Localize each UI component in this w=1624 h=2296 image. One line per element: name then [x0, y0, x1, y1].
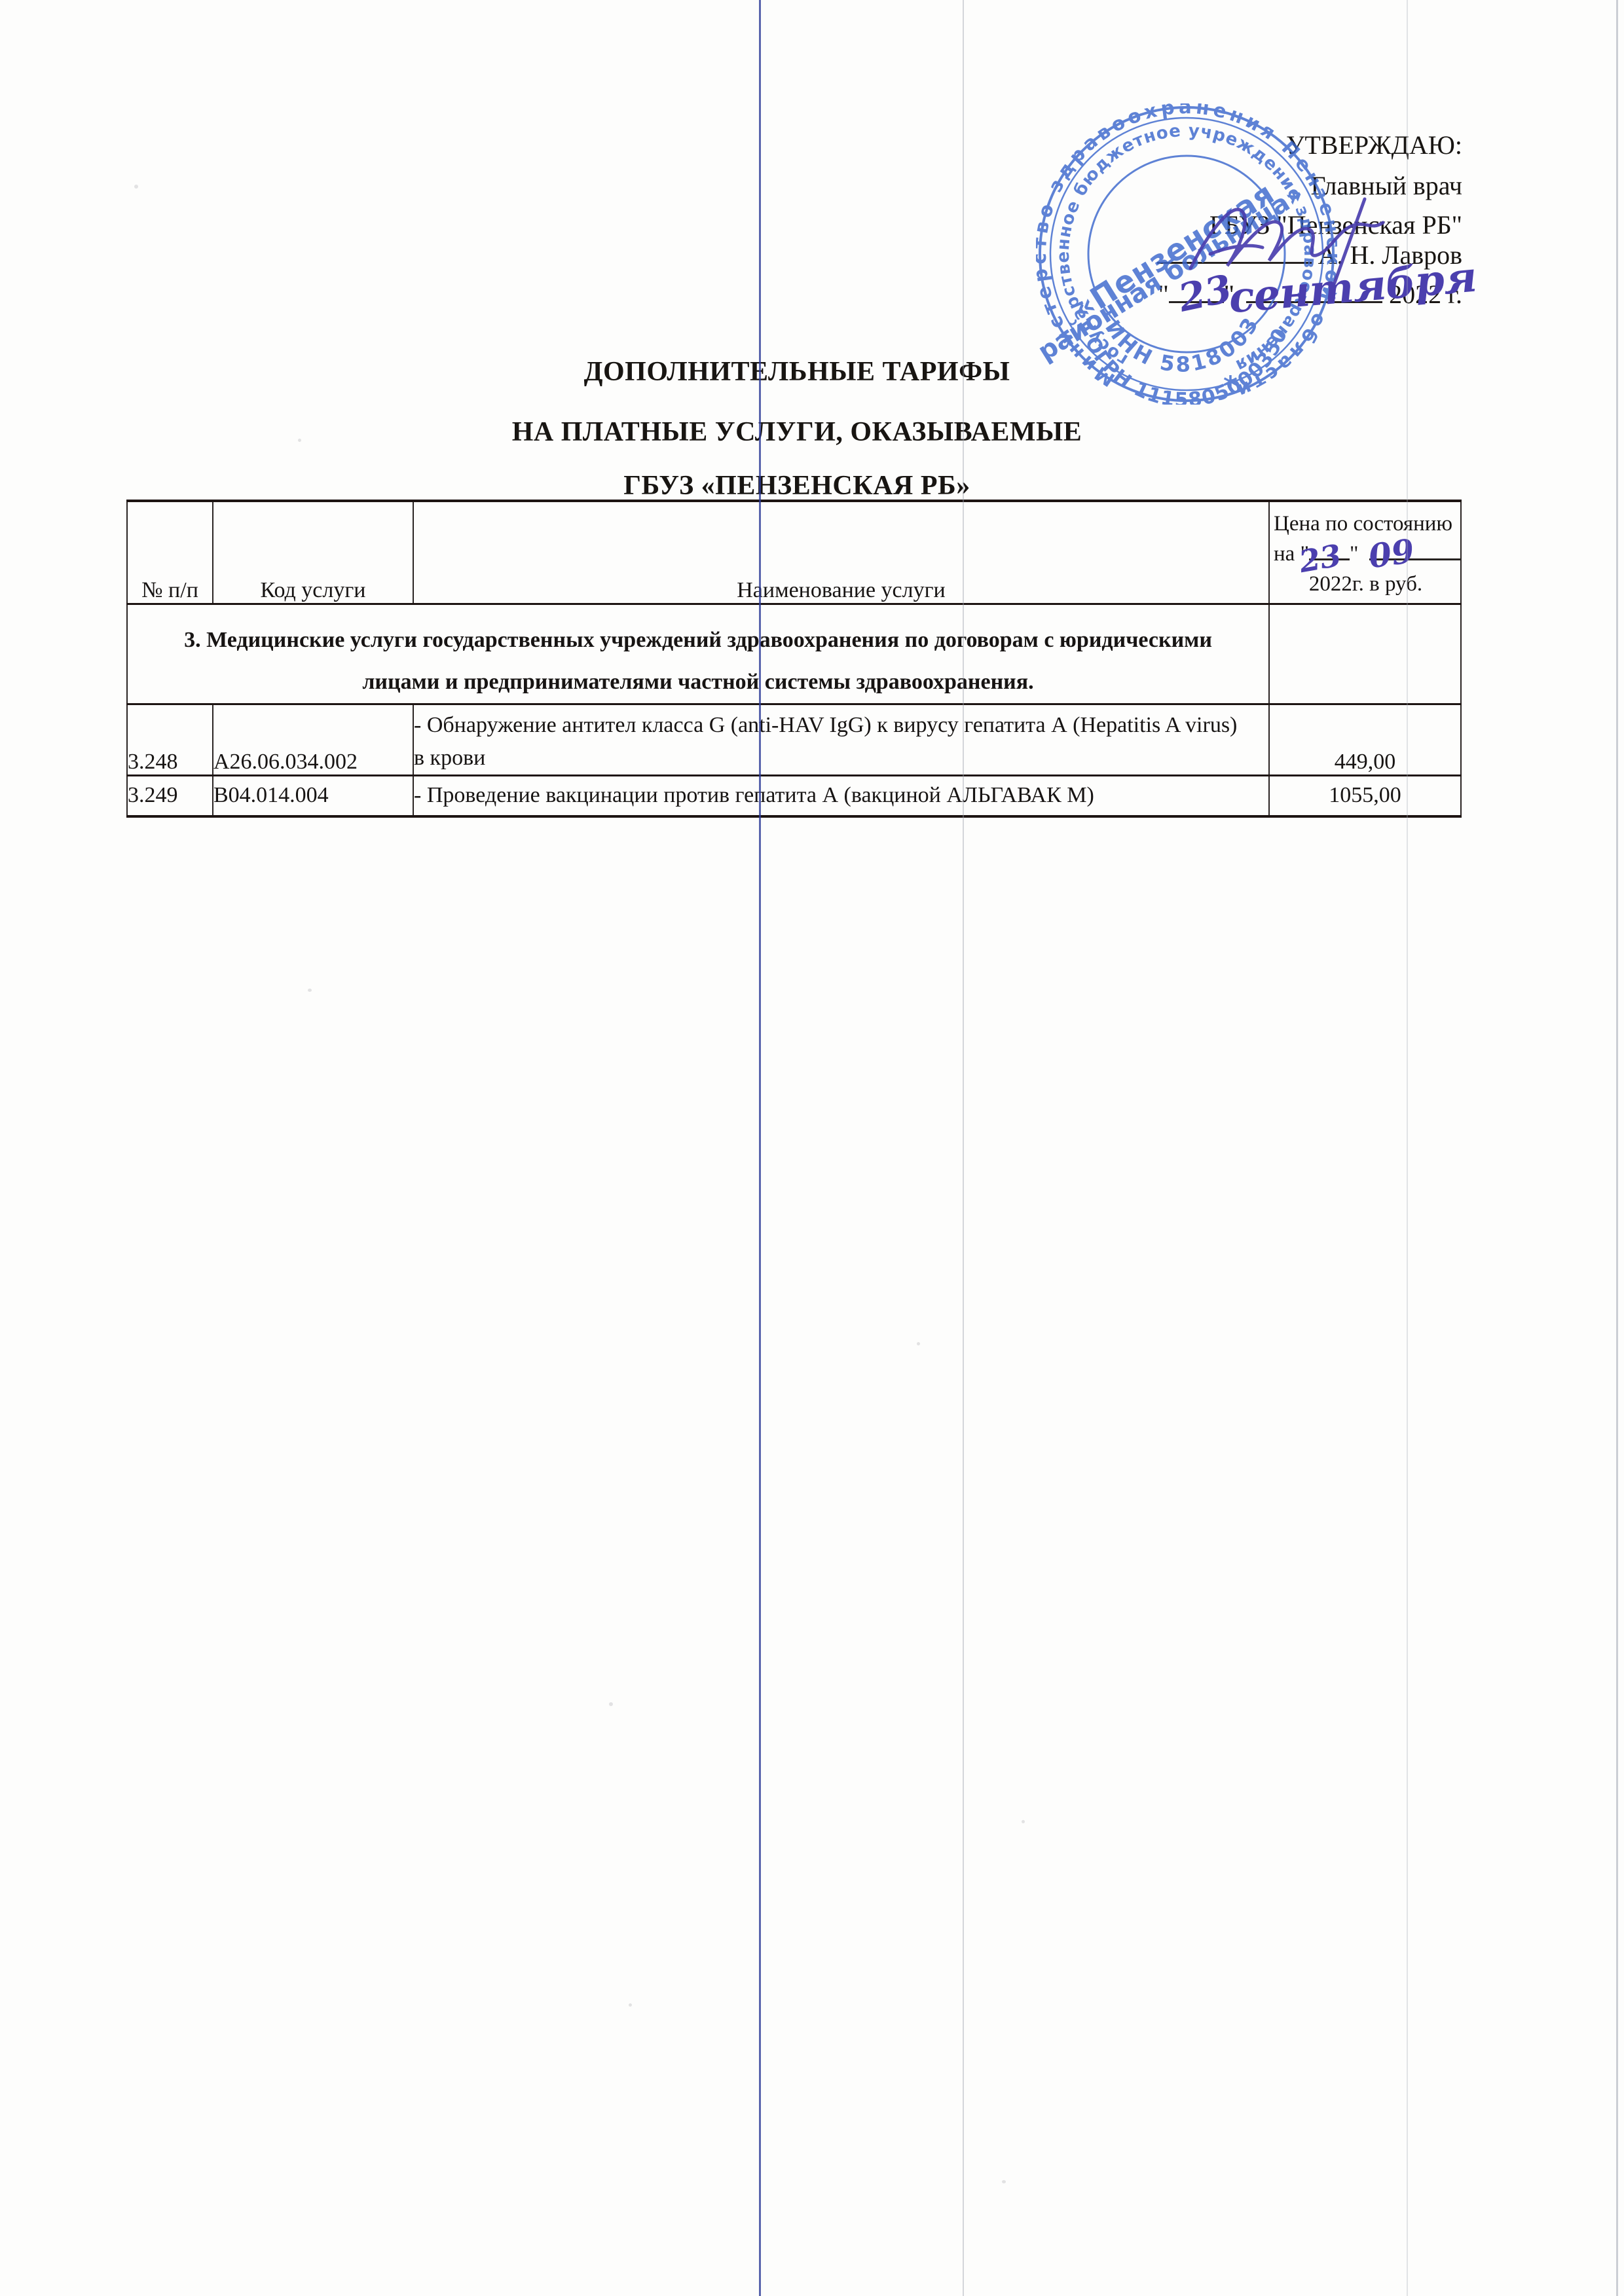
date-year: 2022 г. — [1389, 280, 1462, 309]
row-code: B04.014.004 — [213, 775, 413, 816]
header-price-line1: Цена по состоянию — [1274, 509, 1458, 539]
row-code: A26.06.034.002 — [213, 704, 413, 775]
header-price: Цена по состоянию на "" 2022г. в руб. — [1269, 501, 1461, 604]
section-line1: 3. Медицинские услуги государственных уч… — [128, 619, 1268, 661]
row-num: 3.249 — [127, 775, 213, 816]
scan-speck — [609, 1702, 613, 1706]
scan-speck — [308, 989, 312, 992]
header-quote-close: " — [1350, 542, 1358, 566]
scan-speck — [134, 185, 138, 189]
row-price: 1055,00 — [1269, 775, 1461, 816]
section-row: 3. Медицинские услуги государственных уч… — [127, 604, 1461, 704]
header-month-underline — [1369, 539, 1461, 560]
header-quote-open: " — [1301, 542, 1309, 566]
section-line2: лицами и предпринимателями частной систе… — [128, 661, 1268, 703]
scan-artifact-line — [759, 0, 761, 2296]
scan-speck — [1002, 2180, 1006, 2183]
approver-name: А. Н. Лавров — [1318, 240, 1462, 270]
row-service-name: - Обнаружение антител класса G (anti-HAV… — [413, 704, 1269, 775]
doc-title-line2: НА ПЛАТНЫЕ УСЛУГИ, ОКАЗЫВАЕМЫЕ — [0, 416, 1594, 448]
tariff-table: № п/п Код услуги Наименование услуги Цен… — [126, 500, 1462, 818]
section-title-cell: 3. Медицинские услуги государственных уч… — [127, 604, 1269, 704]
scanned-document-page: УТВЕРЖДАЮ: Главный врач ГБУЗ "Пензенская… — [0, 0, 1624, 2296]
scan-artifact-line — [1407, 0, 1408, 2296]
official-round-stamp: Министерство здравоохранения Пензенской … — [1036, 103, 1337, 405]
row-service-name: - Проведение вакцинации против гепатита … — [413, 775, 1269, 816]
row-price: 449,00 — [1269, 704, 1461, 775]
section-price-cell-empty — [1269, 604, 1461, 704]
table-row: 3.249 B04.014.004 - Проведение вакцинаци… — [127, 775, 1461, 816]
scan-artifact-line — [1616, 0, 1618, 2296]
doc-title-line3: ГБУЗ «ПЕНЗЕНСКАЯ РБ» — [0, 470, 1594, 501]
header-num: № п/п — [127, 501, 213, 604]
scan-speck — [917, 1342, 920, 1345]
doc-title-line1: ДОПОЛНИТЕЛЬНЫЕ ТАРИФЫ — [0, 356, 1594, 388]
stamp-star: * — [1223, 370, 1238, 402]
table-header-row: № п/п Код услуги Наименование услуги Цен… — [127, 501, 1461, 604]
header-code: Код услуги — [213, 501, 413, 604]
scan-speck — [629, 2003, 632, 2007]
table-row: 3.248 A26.06.034.002 - Обнаружение антит… — [127, 704, 1461, 775]
header-price-line3: 2022г. в руб. — [1274, 569, 1458, 599]
scan-artifact-line — [963, 0, 964, 2296]
row-num: 3.248 — [127, 704, 213, 775]
header-name: Наименование услуги — [413, 501, 1269, 604]
header-day-underline — [1309, 539, 1350, 560]
header-price-line2: на "" — [1274, 539, 1458, 569]
scan-speck — [1022, 1820, 1025, 1823]
